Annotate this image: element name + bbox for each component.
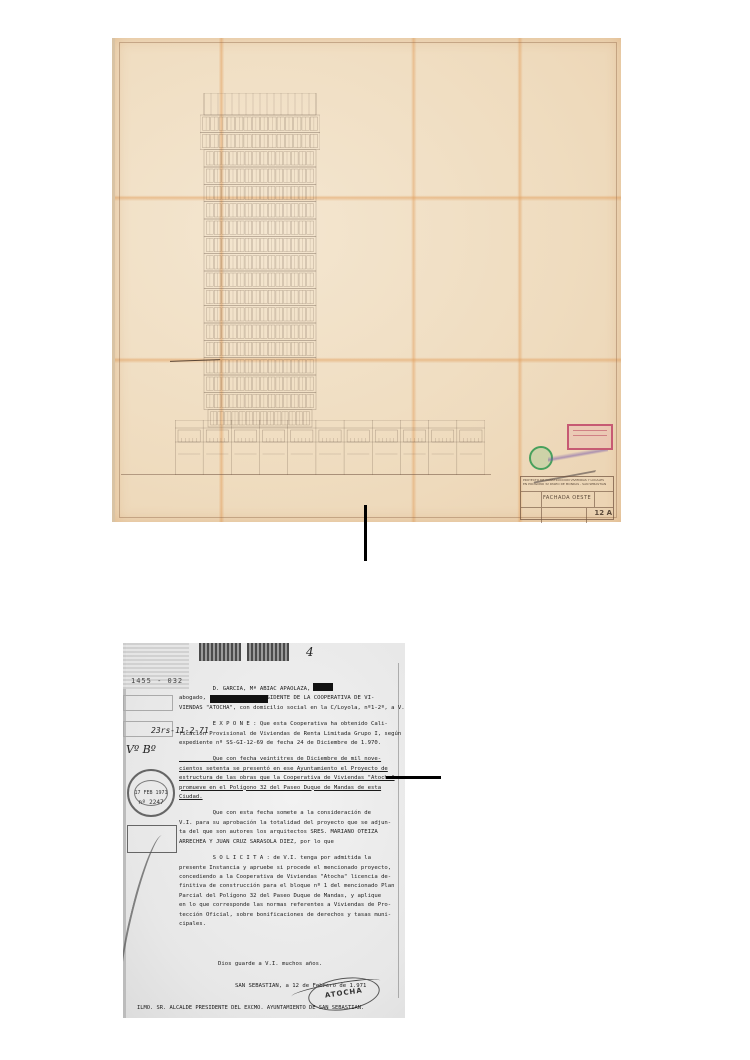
handwritten-scribble [123, 832, 174, 993]
redaction-bar [313, 683, 333, 691]
blank-line [179, 748, 395, 755]
letter-line: E X P O N E : Que esta Cooperativa ha ob… [179, 720, 395, 729]
title-block-cell [521, 508, 542, 523]
pointer-line-blueprint [364, 505, 367, 561]
letter-line: ARRECHEA Y JUAN CRUZ SARASOLA DIEZ, por … [179, 838, 395, 847]
letter-line: promueve en el Polígono 32 del Paseo Duq… [179, 784, 395, 793]
blank-line [179, 802, 395, 809]
letter-line: tección Oficial, sobre bonificaciones de… [179, 911, 395, 920]
title-block: PROYECTO DE CONSTRUCCION VIVIENDAS Y LOC… [520, 476, 614, 520]
blueprint-sheet: PROYECTO DE CONSTRUCCION VIVIENDAS Y LOC… [112, 38, 621, 522]
podium-elevation-drawing [175, 420, 485, 475]
title-block-signature-cell [521, 492, 542, 507]
letter-line: cipales. [179, 920, 395, 929]
addressee: ILMO. SR. ALCALDE PRESIDENTE DEL EXCMO. … [137, 1005, 364, 1011]
letter-line: concediendo a la Cooperativa de Vivienda… [179, 873, 395, 882]
stamp-number: nº 2247 [129, 799, 173, 806]
letter-line: abogado, PRESIDENTE DE LA COOPERATIVA DE… [179, 694, 395, 703]
redaction-bar [210, 695, 268, 703]
letter-line: Parcial del Polígono 32 del Paseo Duque … [179, 892, 395, 901]
pointer-line-letter [386, 776, 441, 779]
title-block-cell [542, 508, 587, 523]
drawing-title: FACHADA OESTE [542, 492, 595, 507]
registry-box [123, 695, 173, 711]
approval-mark: Vº Bº [126, 743, 156, 756]
letter-closing: Dios guarde a V.I. muchos años. [218, 961, 322, 967]
scanned-letter: 1455 - 032 4 23rs-11-2-71 Vº Bº 17 FEB 1… [123, 643, 405, 1018]
stamp-date: 17 FEB 1971 [129, 790, 173, 796]
letter-line: finitiva de construcción para el bloque … [179, 882, 395, 891]
page-number: 4 [306, 645, 314, 659]
letter-line: cientos setenta se presentó en ese Ayunt… [179, 765, 395, 774]
blank-line [179, 847, 395, 854]
letter-line: estructura de las obras que la Cooperati… [179, 774, 395, 783]
letter-line: presente Instancia y apruebe si procede … [179, 864, 395, 873]
blank-line [179, 713, 395, 720]
letter-line: expediente nº SS-GI-12-69 de fecha 24 de… [179, 739, 395, 748]
letter-line: VIENDAS "ATOCHA", con domicilio social e… [179, 704, 395, 713]
letter-body: D. GARCIA, Mª ABIAC APAOLAZA,abogado, PR… [179, 683, 395, 929]
sheet-number: 12 A [587, 508, 613, 523]
letter-line: ficación Provisional de Viviendas de Ren… [179, 730, 395, 739]
title-block-header-line: EN POLIGONO 32 PASEO DE MONDAS - SAN SEB… [523, 482, 611, 486]
title-block-scale-cell [595, 492, 613, 507]
revenue-stamp [199, 643, 241, 661]
letter-line: Ciudad. [179, 793, 395, 802]
letter-line: Que con esta fecha somete a la considera… [179, 809, 395, 818]
revenue-stamp [247, 643, 289, 661]
letter-line: S O L I C I T A : de V.I. tenga por admi… [179, 854, 395, 863]
registry-round-stamp: 17 FEB 1971 nº 2247 [127, 769, 175, 817]
ground-line [121, 474, 491, 475]
tax-stamp-number: 1455 - 032 [131, 677, 183, 685]
letter-line: D. GARCIA, Mª ABIAC APAOLAZA, [179, 683, 395, 694]
tower-elevation-drawing [200, 93, 320, 439]
red-official-stamp [567, 424, 613, 450]
title-block-header: PROYECTO DE CONSTRUCCION VIVIENDAS Y LOC… [521, 477, 613, 492]
letter-line: ta del que son autores los arquitectos S… [179, 828, 395, 837]
page-edge [398, 663, 399, 998]
letter-line: en lo que corresponde las normas referen… [179, 901, 395, 910]
letter-line: V.I. para su aprobación la totalidad del… [179, 819, 395, 828]
letter-line: Que con fecha veintitres de Diciembre de… [179, 755, 395, 764]
